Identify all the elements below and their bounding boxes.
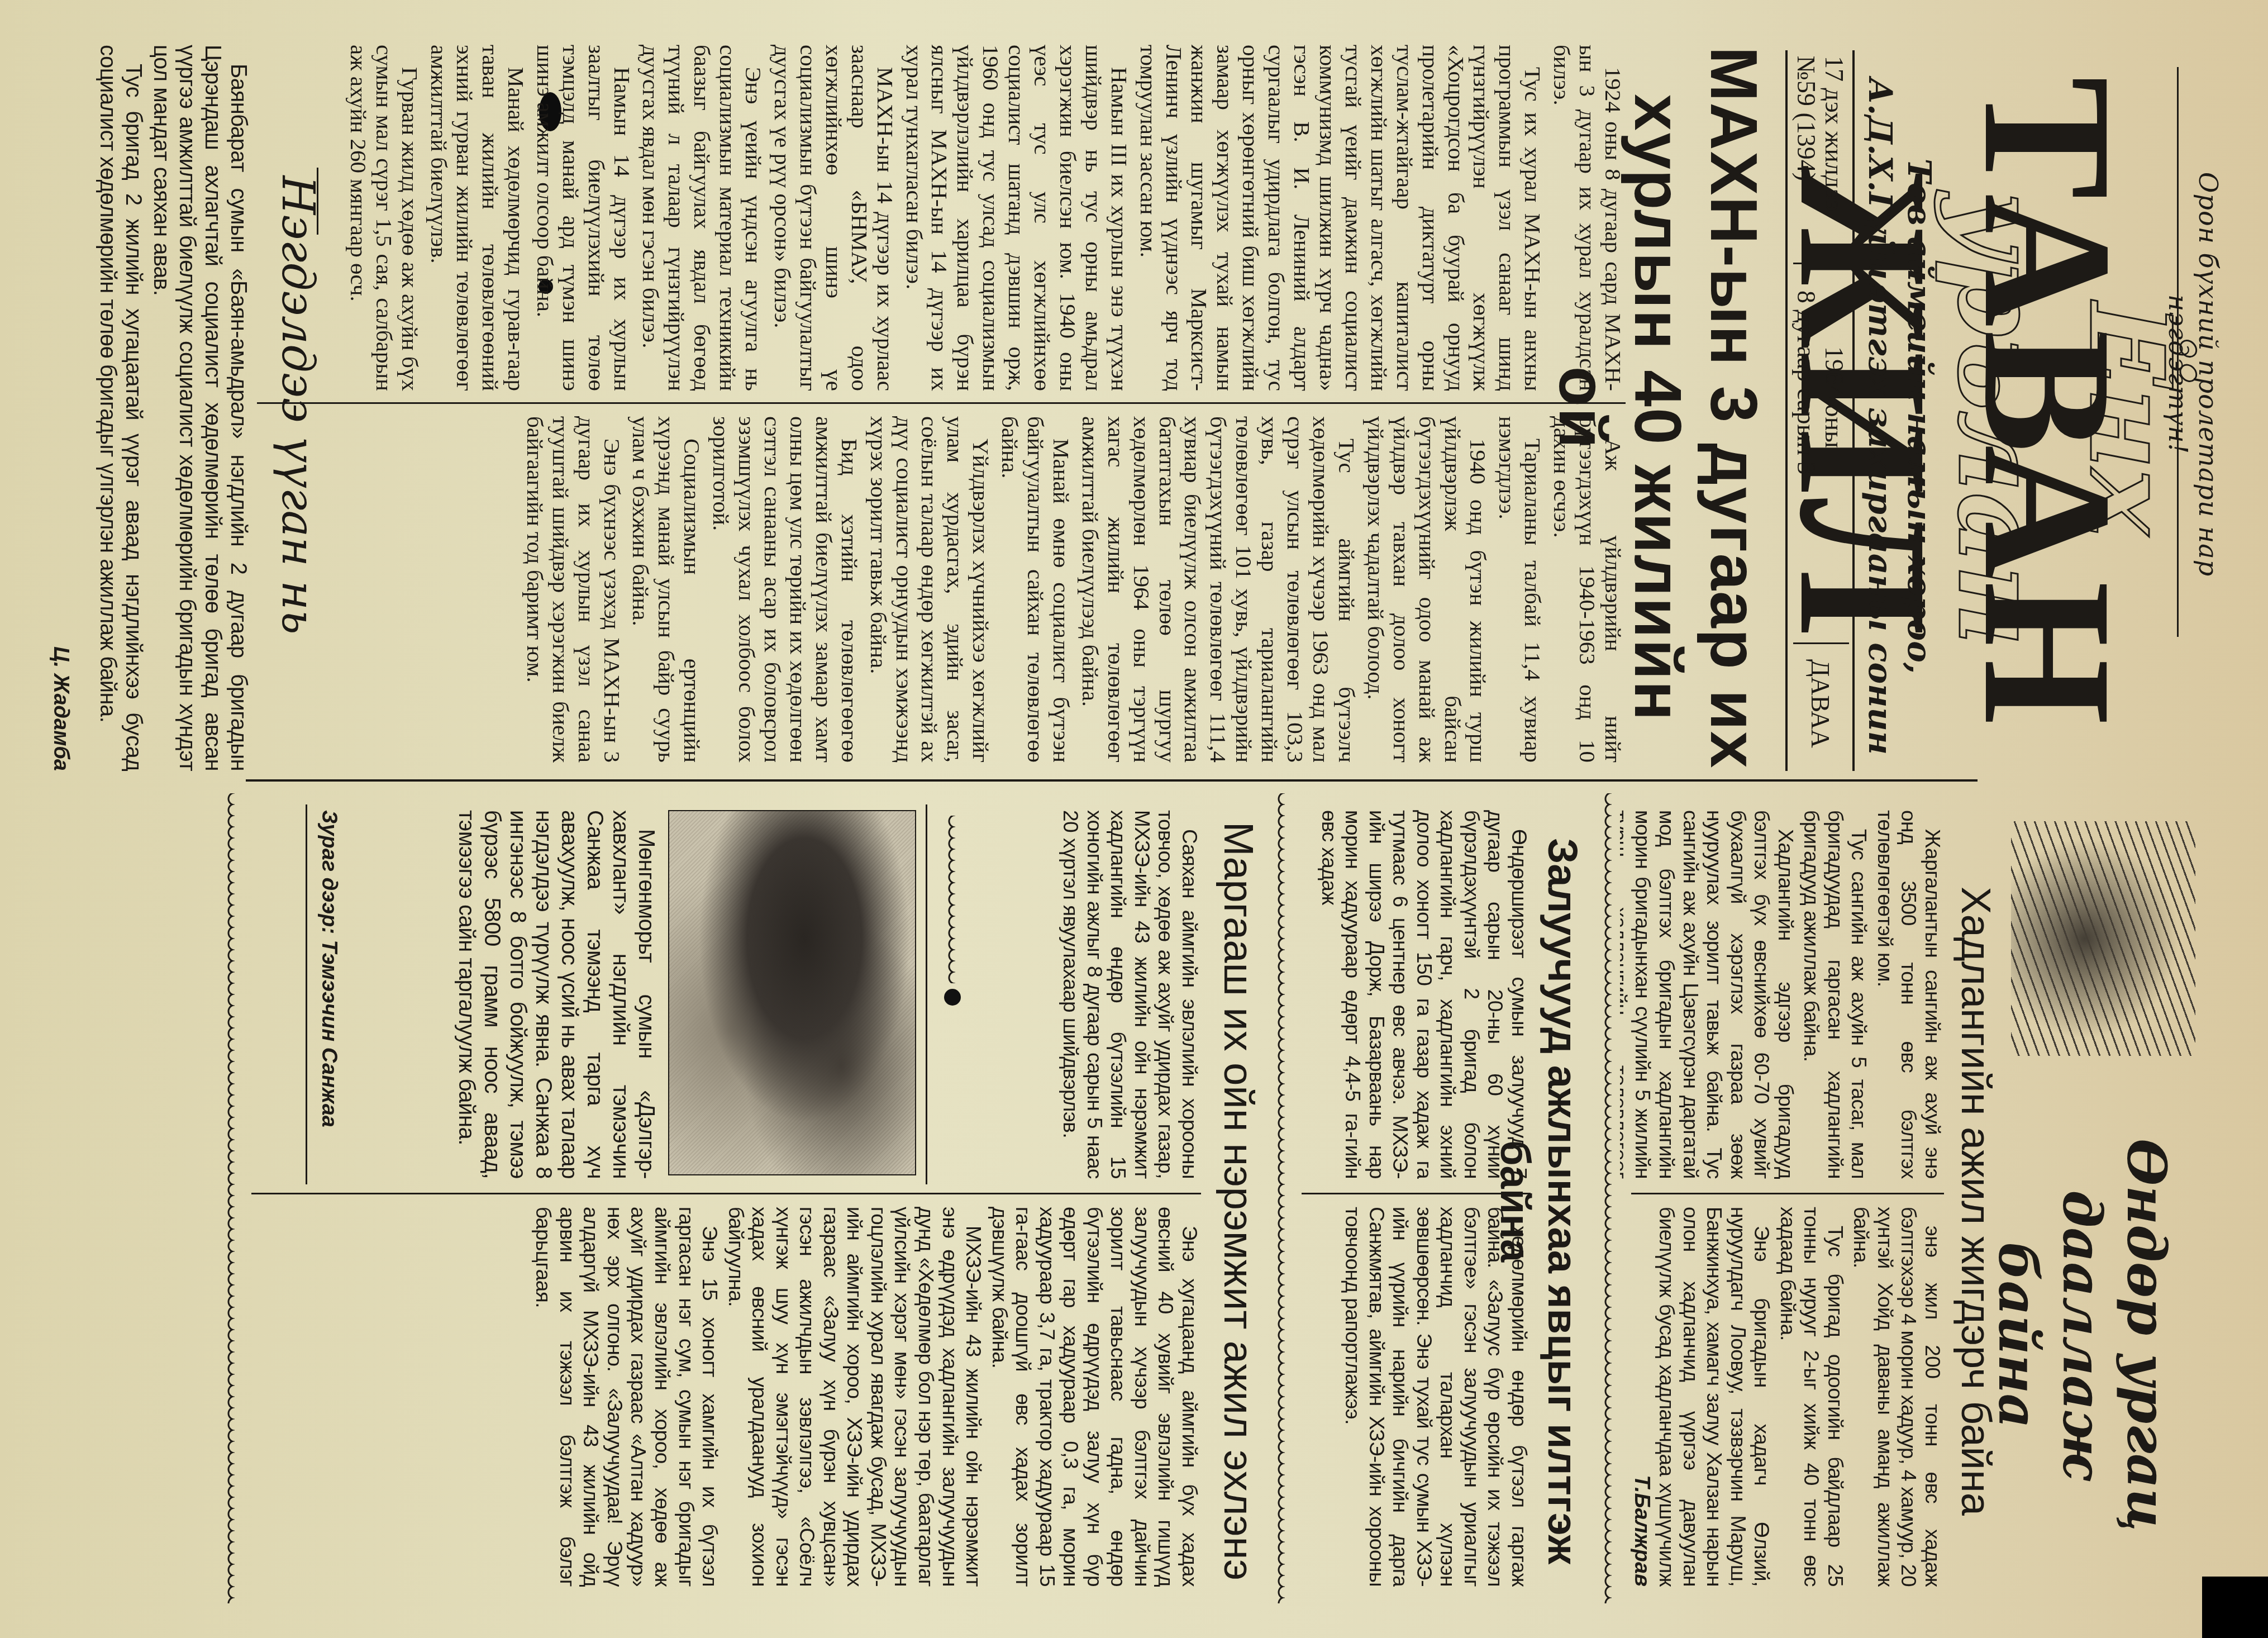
dateline-divider: [1793, 263, 1849, 264]
wavy-divider: [1275, 793, 1285, 1603]
newspaper-page: Орон бүхний пролетари нар нэгдэгтүн! Ёнх…: [0, 0, 2268, 1638]
main-headline-line-1: МАХН-ын 3 дугаар их: [1695, 45, 1771, 771]
article-margaash-column-2: Энэ хугацаанд аймгийн бүх хадах өвсний 4…: [251, 1207, 1201, 1587]
photo-rule-bottom: [306, 804, 307, 1184]
column-divider: [251, 1193, 1201, 1194]
camel-herder-photo: [668, 810, 916, 1175]
weekday: ДАВАА: [1805, 659, 1835, 748]
wavy-divider-bottom: [225, 793, 235, 1603]
article-zaluuchuud-column-1: Өндөрширээт сумын залуучууд 7 дугаар сар…: [1296, 810, 1531, 1179]
main-article-column-2: Аж үйлдвэрийн нийт бүтээгдэхүүн 1940-196…: [257, 416, 1626, 763]
dateline-rule-bottom: [1785, 50, 1788, 771]
column-divider: [1302, 1193, 1531, 1194]
date-day: 8 дугаар сарын 3: [1791, 291, 1821, 475]
issue-number: №59 (1394): [1791, 56, 1821, 181]
column-divider: [1631, 1193, 1944, 1194]
page-divider: [246, 779, 1978, 782]
main-article-column-1: 1924 оны 8 дугаар сард МАХН-ын 3 дугаар …: [257, 45, 1626, 391]
article-zaluuchuud-column-2: хөдөлмөрийн өндөр бүтээл гаргаж байна. «…: [1296, 1207, 1531, 1587]
signature-jadamba: Ц. Жадамба: [49, 45, 73, 771]
dateline-divider: [1793, 642, 1849, 644]
scanned-page-background: Орон бүхний пролетари нар нэгдэгтүн! Ёнх…: [0, 0, 2268, 1638]
article-onder-urgats-column-1: Жаргалантын сангийн аж ахуй энэ онд 3500…: [1620, 810, 1944, 1179]
photo-rule-top: [926, 804, 927, 1184]
publisher-line-1: Төв аймгийн намын хороо,: [1899, 67, 1938, 765]
end-dot: [944, 989, 961, 1006]
column-divider: [257, 402, 1626, 404]
publisher-line: Төв аймгийн намын хороо, А.Д.Х.Гүйцэтгэх…: [1861, 67, 1938, 765]
wavy-end-mark: [945, 816, 955, 983]
article-subhead-hadlan: Хадлангийн ажил жигдэрч байна: [1952, 810, 2000, 1592]
dateline-rule-top: [1852, 50, 1855, 771]
signature-balzhrav: Т.Балжрав: [1629, 1207, 1654, 1587]
publisher-line-2: А.Д.Х.Гүйцэтгэх захиргааны сонин: [1861, 67, 1900, 765]
article-margaash-column-1: Саяхан аймгийн эвлэлийн хорооны товчоо, …: [961, 810, 1201, 1179]
wavy-divider: [1602, 793, 1612, 1603]
article-headline-negdeldee: Нэгдэлдээ үүган нь: [272, 34, 324, 777]
scan-corner-mask: [2202, 1577, 2268, 1638]
photo-caption: Зураг дээр: Тэмээчин Санжаа: [317, 810, 341, 1173]
date-year: 1964 оны: [1819, 346, 1849, 448]
article-negdeldee-text: Баянбарат сумын «Баян-амьдрал» нэгдлийн …: [73, 45, 251, 771]
hay-machine-illustration: [2011, 821, 2195, 1056]
photo-story-text: Мөнгөнморьт сумын «Дэлгэр-хавхлант» нэгд…: [346, 810, 659, 1179]
article-headline-onder-urgats: Өндөр ургац дааллаж байна: [1985, 1089, 2179, 1581]
article-headline-margaash: Маргааш их ойн нэрэмжит ажил эхлэнэ: [1215, 810, 1262, 1592]
volume: 17 дэх жилдээ: [1819, 56, 1849, 211]
article-onder-urgats-column-2: энэ жил 200 тонн өвс хадаж бэлтгэхээр 4 …: [1654, 1207, 1944, 1587]
